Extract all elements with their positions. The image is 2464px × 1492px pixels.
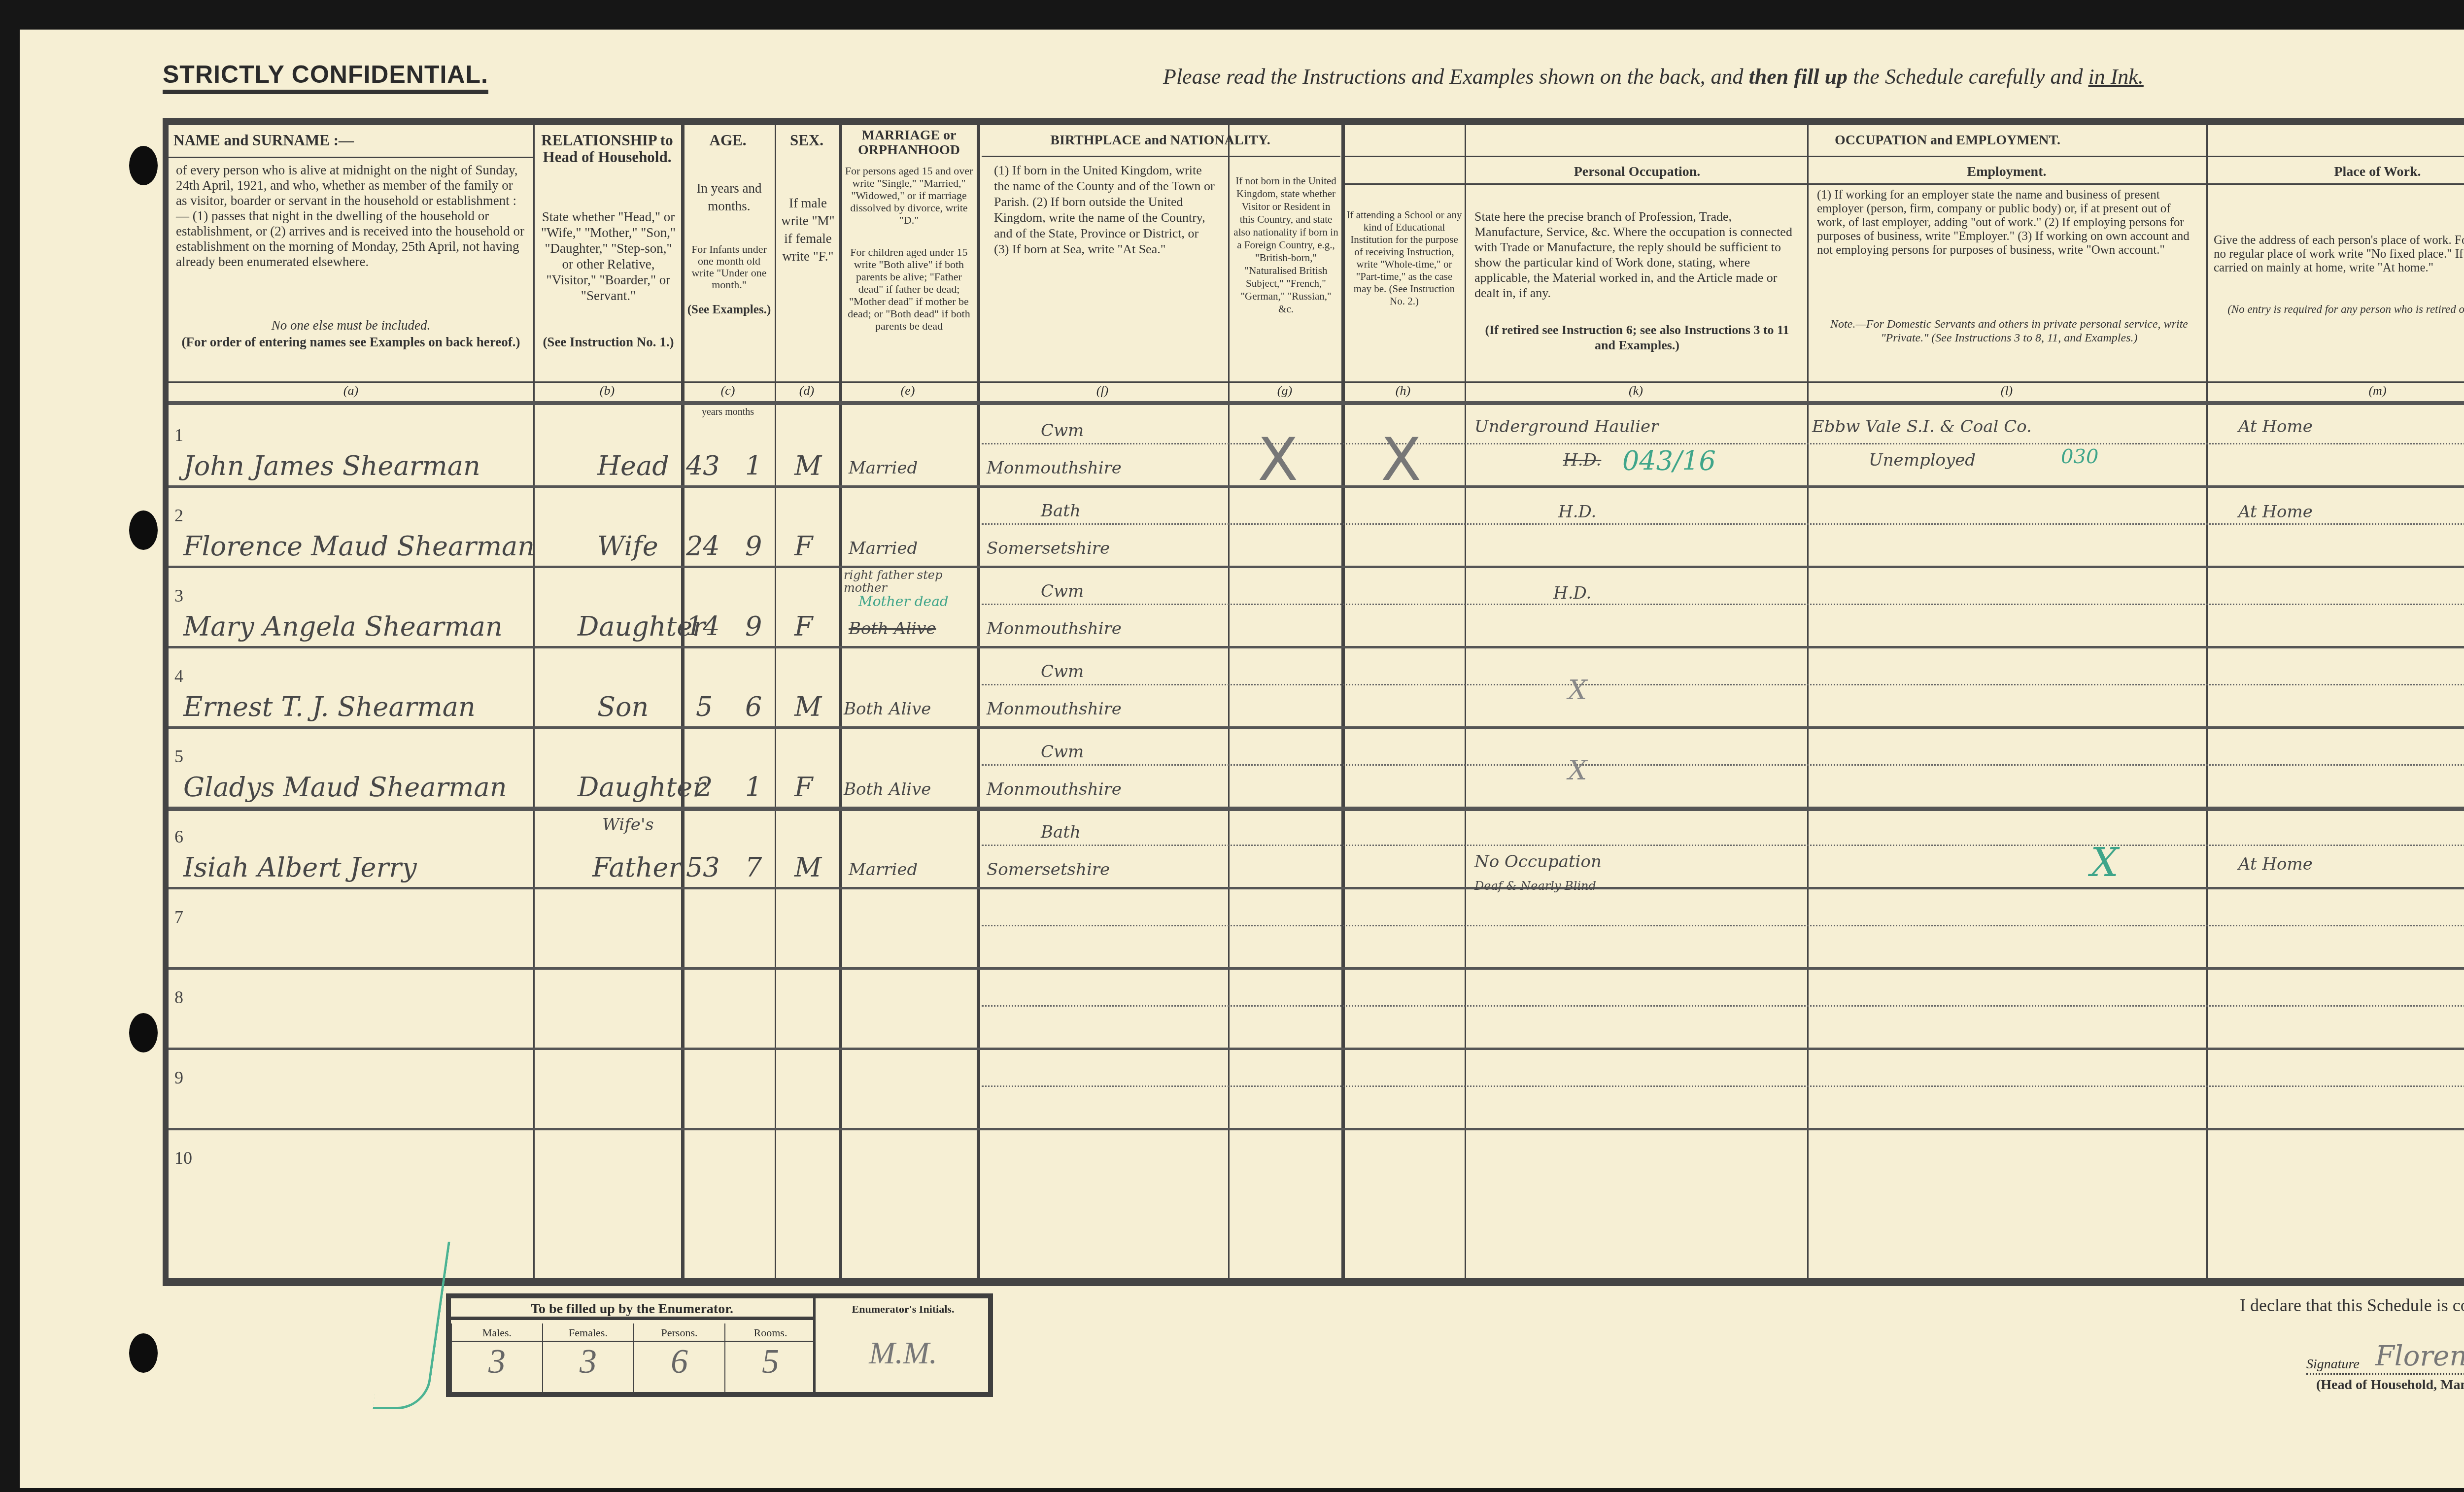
males-count: Males. 3 — [451, 1323, 542, 1392]
col-e-title: MARRIAGE or ORPHANHOOD — [844, 128, 974, 158]
signature-line: Signature Florence Maud Shearman. — [2306, 1345, 2464, 1375]
punch-hole — [129, 510, 158, 550]
person-name: Gladys Maud Shearman — [183, 772, 507, 803]
col-b-title: RELATIONSHIP to Head of Household. — [536, 132, 679, 166]
declaration-text: I declare that this Schedule is correctl… — [2240, 1295, 2464, 1316]
col-fg-title: BIRTHPLACE and NATIONALITY. — [982, 132, 1339, 149]
signature-note: (Head of Household, Manager of Establish… — [2316, 1377, 2464, 1393]
col-a-title: NAME and SURNAME :— — [173, 132, 518, 149]
rooms-count: Rooms. 5 — [724, 1323, 816, 1392]
person-name: Ernest T. J. Shearman — [183, 691, 476, 722]
punch-hole — [129, 146, 158, 185]
enumerator-initials: Enumerator's Initials. M.M. — [818, 1298, 988, 1371]
person-name: Mary Angela Shearman — [183, 611, 503, 642]
strictly-confidential-heading: STRICTLY CONFIDENTIAL. — [163, 60, 488, 94]
person-name: Isiah Albert Jerry — [183, 852, 417, 883]
col-c-title: AGE. — [684, 132, 772, 149]
fill-instructions: Please read the Instructions and Example… — [1163, 64, 2144, 89]
punch-hole — [129, 1333, 158, 1373]
persons-count: Persons. 6 — [633, 1323, 724, 1392]
col-d-title: SEX. — [777, 132, 836, 149]
signature: Florence Maud Shearman. — [2375, 1340, 2464, 1372]
person-name: John James Shearman — [183, 450, 480, 481]
col-occupation-title: OCCUPATION and EMPLOYMENT. — [1351, 132, 2464, 149]
females-count: Females. 3 — [542, 1323, 633, 1392]
person-name: Florence Maud Shearman — [183, 531, 535, 562]
punch-hole — [129, 1013, 158, 1052]
census-form-table: NAME and SURNAME :— of every person who … — [163, 118, 2464, 1286]
enumerator-summary-box: To be filled up by the Enumerator. Males… — [446, 1293, 993, 1397]
col-a-body: of every person who is alive at midnight… — [176, 163, 526, 270]
